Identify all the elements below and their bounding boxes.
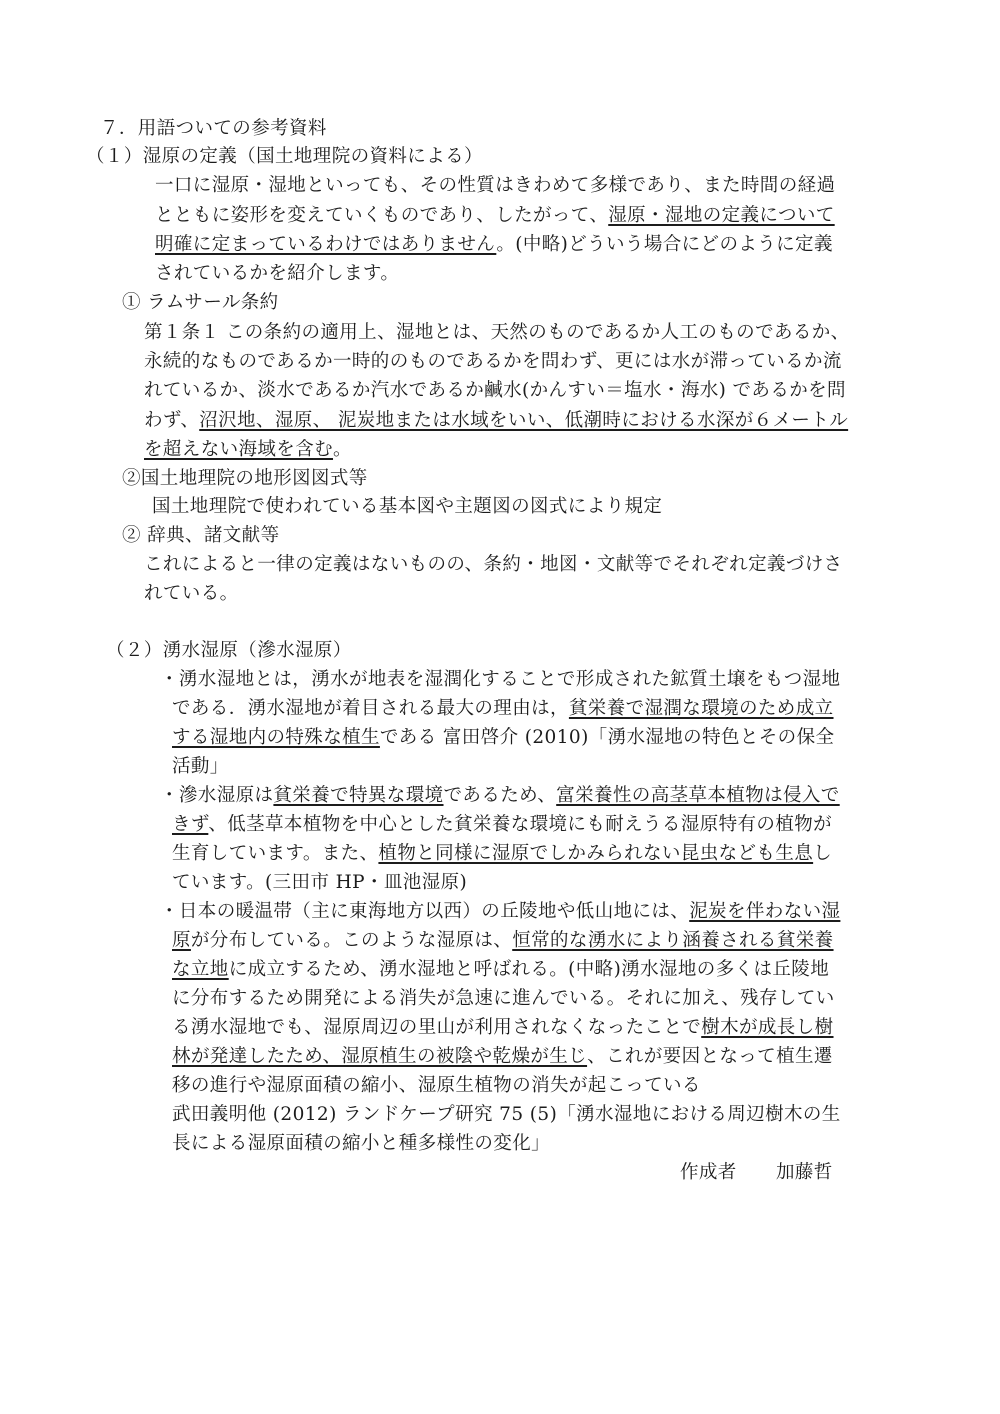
bullet-line: 移の進行や湿原面積の縮小、湿原生植物の消失が起こっている — [172, 1073, 701, 1099]
text-run: 移の進行や湿原面積の縮小、湿原生植物の消失が起こっている — [172, 1075, 701, 1096]
author-label: 作成者 — [680, 1160, 737, 1186]
underlined-text: 植物と同様に湿原でしかみられない昆虫なども生息 — [378, 843, 813, 864]
text-run: 一口に湿原・湿地といっても、その性質はきわめて多様であり、また時間の経過 — [155, 175, 835, 196]
item-dictionary-body-line: れている。 — [144, 581, 239, 607]
item-dictionary-body-line: これによると一律の定義はないものの、条約・地図・文献等でそれぞれ定義づけさ — [144, 552, 843, 578]
author-name: 加藤哲 — [776, 1160, 833, 1186]
text-run: し — [813, 843, 832, 864]
text-run: ・滲水湿原は — [160, 785, 273, 806]
subsection-1-heading: （１）湿原の定義（国土地理院の資料による） — [86, 144, 483, 170]
item-gsi-heading: ②国土地理院の地形図図式等 — [122, 466, 368, 492]
bullet-line: 長による湿原面積の縮小と種多様性の変化」 — [172, 1131, 550, 1157]
bullet-line: ています。(三田市 HP・皿池湿原) — [172, 870, 467, 896]
bullet-line: ・滲水湿原は貧栄養で特異な環境であるため、富栄養性の高茎草本植物は侵入で — [160, 783, 840, 809]
underlined-text: 沼沢地、湿原、 泥炭地または水域をいい、低潮時における水深が６メートル — [199, 410, 848, 431]
item-ramsar-heading: ① ラムサール条約 — [122, 290, 279, 316]
underlined-text: きず — [172, 814, 208, 835]
bullet-line: 武田義明他 (2012) ランドケープ研究 75 (5)「湧水湿地における周辺樹… — [172, 1102, 841, 1128]
bullet-line: る湧水湿地でも、湿原周辺の里山が利用されなくなったことで樹木が成長し樹 — [172, 1015, 834, 1041]
bullet-line: 原が分布している。このような湿原は、恒常的な湧水により涵養される貧栄養 — [172, 928, 834, 954]
ramsar-line: 第１条１ この条約の適用上、湿地とは、天然のものであるか人工のものであるか、 — [144, 320, 850, 346]
underlined-text: 林が発達したため、湿原植生の被陰や乾燥が生じ — [172, 1046, 587, 1067]
ramsar-line: れているか、淡水であるか汽水であるか鹹水(かんすい＝塩水・海水) であるかを問 — [144, 378, 846, 404]
intro-line: 一口に湿原・湿地といっても、その性質はきわめて多様であり、また時間の経過 — [155, 173, 835, 199]
ramsar-line: わず、沼沢地、湿原、 泥炭地または水域をいい、低潮時における水深が６メートル — [144, 408, 848, 434]
text-run: が分布している。このような湿原は、 — [191, 930, 512, 951]
text-run: れているか、淡水であるか汽水であるか鹹水(かんすい＝塩水・海水) であるかを問 — [144, 380, 846, 401]
ramsar-line: 永続的なものであるか一時的のものであるかを問わず、更には水が滞っているか流 — [144, 349, 842, 375]
bullet-line: ・日本の暖温帯（主に東海地方以西）の丘陵地や低山地には、泥炭を伴わない湿 — [160, 899, 840, 925]
underlined-text: 原 — [172, 930, 191, 951]
text-run: である 富田啓介 (2010)「湧水湿地の特色とその保全 — [380, 727, 834, 748]
bullet-line: 生育しています。また、植物と同様に湿原でしかみられない昆虫なども生息し — [172, 841, 832, 867]
underlined-text: 富栄養性の高茎草本植物は侵入で — [556, 785, 840, 806]
text-run: 。 — [333, 439, 352, 460]
text-run: であるため、 — [444, 785, 557, 806]
text-run: 長による湿原面積の縮小と種多様性の変化」 — [172, 1133, 550, 1154]
bullet-line: する湿地内の特殊な植生である 富田啓介 (2010)「湧水湿地の特色とその保全 — [172, 725, 834, 751]
text-run: る湧水湿地でも、湿原周辺の里山が利用されなくなったことで — [172, 1017, 701, 1038]
bullet-line: 林が発達したため、湿原植生の被陰や乾燥が生じ、これが要因となって植生遷 — [172, 1044, 833, 1070]
underlined-text: 湿原・湿地の定義について — [608, 205, 834, 226]
text-run: とともに姿形を変えていくものであり、したがって、 — [155, 205, 608, 226]
bullet-line: ・湧水湿地とは，湧水が地表を湿潤化することで形成された鉱質土壌をもつ湿地 — [160, 667, 840, 693]
text-run: ・湧水湿地とは，湧水が地表を湿潤化することで形成された鉱質土壌をもつ湿地 — [160, 669, 840, 690]
text-run: 。(中略)どういう場合にどのように定義 — [496, 234, 833, 255]
underlined-text: 泥炭を伴わない湿 — [689, 901, 840, 922]
ramsar-line: を超えない海域を含む。 — [144, 437, 352, 463]
text-run: 永続的なものであるか一時的のものであるかを問わず、更には水が滞っているか流 — [144, 351, 842, 372]
text-run: 、これが要因となって植生遷 — [587, 1046, 833, 1067]
bullet-line: な立地に成立するため、湧水湿地と呼ばれる。(中略)湧水湿地の多くは丘陵地 — [172, 957, 829, 983]
intro-line: されているかを紹介します。 — [155, 261, 399, 287]
text-run: ・日本の暖温帯（主に東海地方以西）の丘陵地や低山地には、 — [160, 901, 689, 922]
bullet-line: きず、低茎草本植物を中心とした貧栄養な環境にも耐えうる湿原特有の植物が — [172, 812, 832, 838]
text-run: 武田義明他 (2012) ランドケープ研究 75 (5)「湧水湿地における周辺樹… — [172, 1104, 841, 1125]
text-run: わず、 — [144, 410, 199, 431]
underlined-text: 貧栄養で湿潤な環境のため成立 — [569, 698, 834, 719]
text-run: されているかを紹介します。 — [155, 263, 399, 284]
document-page: ７．用語ついての参考資料 （１）湿原の定義（国土地理院の資料による） 一口に湿原… — [0, 0, 1000, 1414]
item-gsi-body: 国土地理院で使われている基本図や主題図の図式により規定 — [152, 494, 662, 520]
text-run: に分布するため開発による消失が急速に進んでいる。それに加え、残存してい — [172, 988, 835, 1009]
text-run: 生育しています。また、 — [172, 843, 378, 864]
intro-line: とともに姿形を変えていくものであり、したがって、湿原・湿地の定義について — [155, 203, 835, 229]
text-run: ています。(三田市 HP・皿池湿原) — [172, 872, 467, 893]
text-run: に成立するため、湧水湿地と呼ばれる。(中略)湧水湿地の多くは丘陵地 — [229, 959, 829, 980]
bullet-line: に分布するため開発による消失が急速に進んでいる。それに加え、残存してい — [172, 986, 835, 1012]
subsection-2-heading: （２）湧水湿原（滲水湿原） — [106, 638, 352, 664]
intro-line: 明確に定まっているわけではありません。(中略)どういう場合にどのように定義 — [155, 232, 833, 258]
underlined-text: な立地 — [172, 959, 229, 980]
underlined-text: 貧栄養で特異な環境 — [273, 785, 443, 806]
section-title: ７．用語ついての参考資料 — [100, 116, 327, 142]
text-run: 第１条１ この条約の適用上、湿地とは、天然のものであるか人工のものであるか、 — [144, 322, 850, 343]
underlined-text: する湿地内の特殊な植生 — [172, 727, 380, 748]
item-dictionary-heading: ② 辞典、諸文献等 — [122, 523, 279, 549]
text-run: 活動」 — [172, 756, 229, 777]
underlined-text: 樹木が成長し樹 — [701, 1017, 833, 1038]
underlined-text: 明確に定まっているわけではありません — [155, 234, 496, 255]
bullet-line: である．湧水湿地が着目される最大の理由は，貧栄養で湿潤な環境のため成立 — [172, 696, 834, 722]
text-run: 、低茎草本植物を中心とした貧栄養な環境にも耐えうる湿原特有の植物が — [208, 814, 832, 835]
bullet-line: 活動」 — [172, 754, 229, 780]
underlined-text: を超えない海域を含む — [144, 439, 333, 460]
underlined-text: 恒常的な湧水により涵養される貧栄養 — [512, 930, 833, 951]
text-run: である．湧水湿地が着目される最大の理由は， — [172, 698, 569, 719]
